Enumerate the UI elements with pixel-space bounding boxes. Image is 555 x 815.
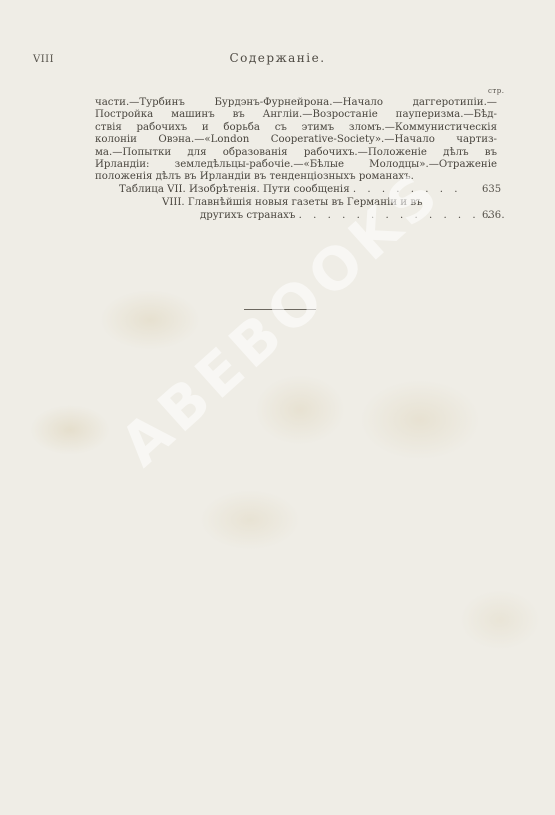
toc-entry-continuation-label: другихъ странахъ (200, 210, 295, 221)
contents-paragraph: части.—Турбинъ Бурдэнъ-Фурнейрона.—Начал… (95, 97, 497, 184)
toc-page-number: 635 (482, 184, 501, 195)
book-page: VIII Содержаніе. стр. части.—Турбинъ Бур… (0, 0, 555, 815)
paragraph-line: ма.—Попытки для образованія рабочихъ.—По… (95, 147, 497, 159)
paragraph-line: колоніи Овэна.—«London Cooperative-Socie… (95, 134, 497, 146)
page-column-label: стр. (488, 87, 505, 95)
paragraph-line: Ирландіи: земледѣльцы-рабочіе.—«Бѣлые Мо… (95, 159, 497, 171)
paragraph-line: положенія дѣлъ въ Ирландіи въ тенденціоз… (95, 171, 497, 183)
paragraph-line: ствія рабочихъ и борьба съ этимъ зломъ.—… (95, 122, 497, 134)
toc-page-number: 636 (482, 210, 501, 221)
running-title: Содержаніе. (0, 51, 555, 65)
toc-entry-label: Таблица VII. Изобрѣтенія. Пути сообщенія (119, 184, 350, 195)
paragraph-line: части.—Турбинъ Бурдэнъ-Фурнейрона.—Начал… (95, 97, 497, 109)
paragraph-line: Постройка машинъ въ Англіи.—Возростаніе … (95, 109, 497, 121)
